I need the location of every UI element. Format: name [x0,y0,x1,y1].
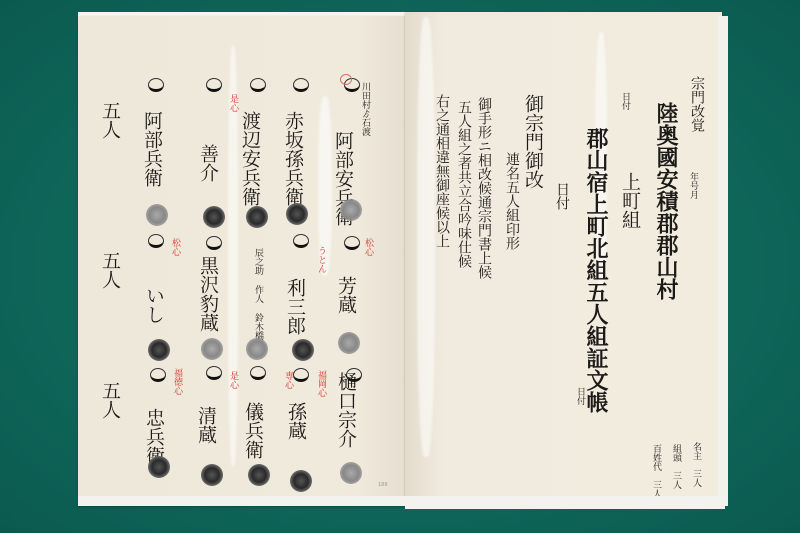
seal-stamp-icon [148,339,170,361]
seal-stamp-icon [290,470,312,492]
red-annotation: 松心 [170,238,179,256]
title-line-1: 宗門改覚 [690,76,704,132]
hook-mark-icon [293,368,309,382]
register-title: 郡山宿上町北組五人組証文帳 [585,127,607,413]
page-edge-bottom-left [78,496,405,506]
signer-group-2: 組頭 三人 [671,444,680,489]
signature-date: 日付 [575,387,584,405]
red-seal-icon [340,74,352,85]
seal-stamp-icon [338,332,360,354]
name-entry: 芳蔵 [336,276,355,314]
body-column-c: 右之通相違無御座候以上 [435,94,449,248]
red-annotation: 福岡心 [316,370,325,397]
hook-mark-icon [148,234,164,248]
seal-stamp-icon [201,338,223,360]
seal-stamp-icon [201,464,223,486]
page-edge-bottom-right [405,496,725,509]
seal-stamp-icon [340,199,362,221]
seal-stamp-icon [340,462,362,484]
signer-group-1: 名主 三人 [691,442,700,487]
name-entry: 清蔵 [196,406,215,444]
hook-mark-icon [150,368,166,382]
title-line-2: 陸奥國安積郡郡山村 [655,102,677,300]
name-entry: 赤坂孫兵衛 [283,111,302,206]
red-annotation: 是心 [228,371,237,389]
seal-stamp-icon [146,204,168,226]
pencil-catalog-note: 189 [378,482,388,488]
hook-mark-icon [148,78,164,92]
seal-stamp-icon [148,456,170,478]
right-page: 宗門改覚 陸奥國安積郡郡山村 年号月 上町組 日付 郡山宿上町北組五人組証文帳 … [405,12,722,504]
name-entry: 阿部兵衛 [142,111,161,187]
red-annotation: うとん [316,246,325,273]
hook-mark-icon [344,236,360,250]
name-entry: 樋口宗介 [336,372,355,448]
hook-mark-icon [250,366,266,380]
left-page: 川田村ゟ石渡 阿部安兵衛 松心 芳蔵 樋口宗介 赤坂孫兵衛 うとん 利三郎 福岡… [78,16,405,506]
hook-mark-icon [250,78,266,92]
open-manuscript-book: 川田村ゟ石渡 阿部安兵衛 松心 芳蔵 樋口宗介 赤坂孫兵衛 うとん 利三郎 福岡… [78,12,732,517]
year-note: 年号月 [688,172,697,199]
subtitle-b: 連名五人組印形 [505,152,519,250]
hook-mark-icon [206,236,222,250]
tally-five-persons: 五人 [100,101,119,139]
red-annotation: 専心 [283,371,292,389]
red-annotation: 是心 [228,94,237,112]
title-line-3: 上町組 [620,172,639,229]
name-entry: 利三郎 [285,278,304,335]
seal-stamp-icon [286,203,308,225]
name-entry: 儀兵衛 [243,402,262,459]
hook-mark-icon [293,234,309,248]
page-edge-right [718,16,728,506]
body-column-a: 御手形ニ相改候通宗門書上候 [477,97,491,279]
signer-group-3: 百姓代 三人 [651,444,660,498]
hook-mark-icon [206,366,222,380]
paper-repair [417,17,435,457]
seal-stamp-icon [246,338,268,360]
date-line: 日付 [555,182,569,210]
body-column-b: 五人組之者共立合吟味仕候 [457,100,471,268]
tally-five-persons: 五人 [100,251,119,289]
name-entry: いし [144,286,163,324]
tenant-note: 辰之助 作人 鈴木橋吉 [253,248,262,349]
seal-stamp-icon [292,339,314,361]
red-annotation: 松心 [363,238,372,256]
hook-mark-icon [293,78,309,92]
date-marker: 日付 [620,92,629,110]
hook-mark-icon [206,78,222,92]
name-entry: 善介 [198,144,217,182]
village-header: 川田村ゟ石渡 [360,82,369,136]
tally-five-persons: 五人 [100,381,119,419]
seal-stamp-icon [203,206,225,228]
name-entry: 孫蔵 [286,402,305,440]
seal-stamp-icon [248,464,270,486]
subtitle-a: 御宗門御改 [523,94,542,189]
seal-stamp-icon [246,206,268,228]
red-annotation: 福徳心 [172,368,181,395]
name-entry: 渡辺安兵衛 [240,111,259,206]
name-entry: 黒沢豹蔵 [198,256,217,332]
